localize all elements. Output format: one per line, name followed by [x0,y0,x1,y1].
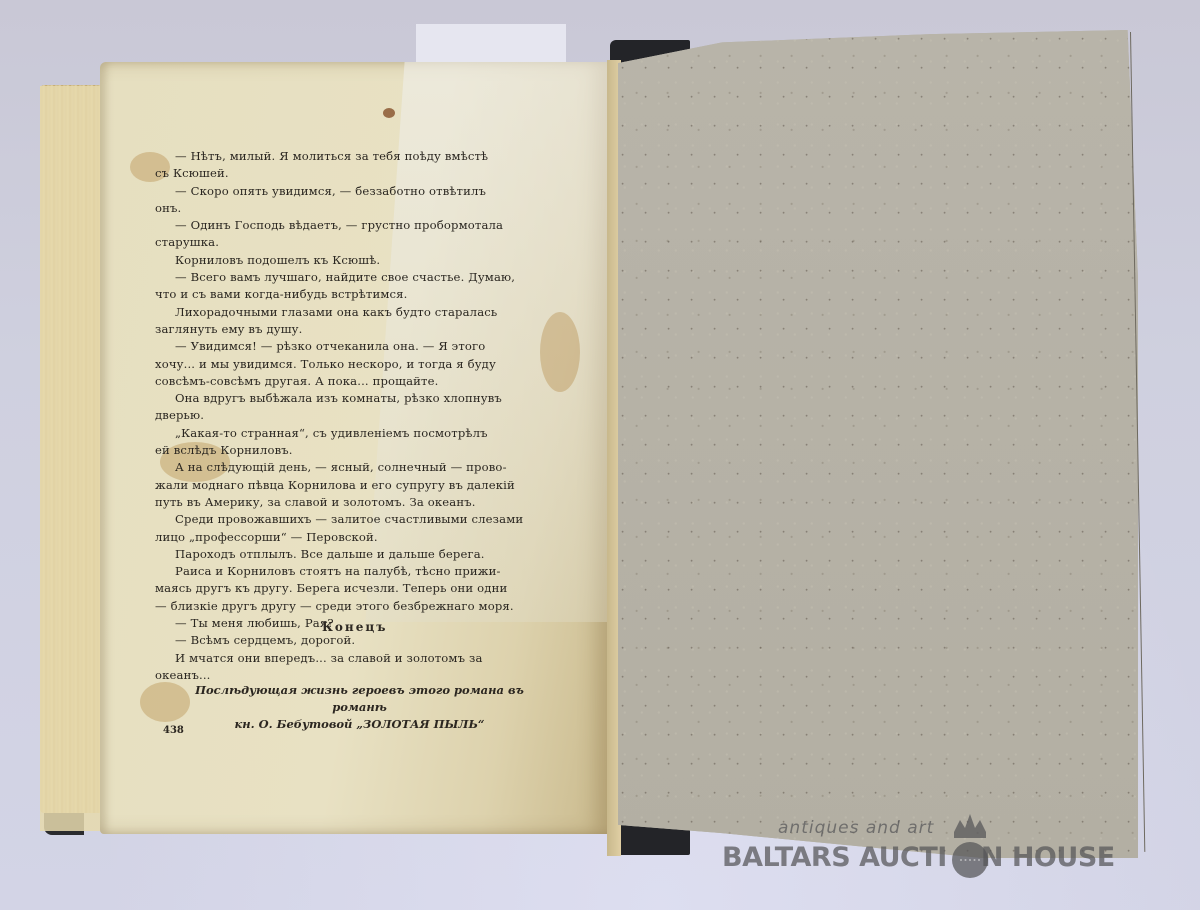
text-line: Она вдругъ выбѣжала изъ комнаты, рѣзко х… [155,390,550,407]
text-line: И мчатся они впередъ... за славой и золо… [155,650,550,667]
text-line: — Увидимся! — рѣзко отчеканила она. — Я … [155,338,550,355]
page-number: 438 [163,725,184,736]
text-line: Лихорадочными глазами она какъ будто ста… [155,304,550,321]
left-page: — Нѣтъ, милый. Я молиться за тебя поѣду … [100,62,610,834]
text-line: — Всѣмъ сердцемъ, дорогой. [155,632,550,649]
text-line: — близкіе другъ другу — среди этого безб… [155,598,550,615]
watermark-tagline: antiques and art [778,818,934,838]
text-line: совсѣмъ-совсѣмъ другая. А пока... прощай… [155,373,550,390]
text-line: Раиса и Корниловъ стоятъ на палубѣ, тѣсн… [155,563,550,580]
auction-house-watermark: antiques and art BALTARS AUCTIN HOUSE [722,812,1122,892]
watermark-brand: BALTARS AUCTIN HOUSE [722,842,1115,873]
text-line: — Одинъ Господь вѣдаетъ, — грустно пробо… [155,217,550,234]
text-line: дверью. [155,407,550,424]
text-line: что и съ вами когда-нибудь встрѣтимся. [155,286,550,303]
body-text: — Нѣтъ, милый. Я молиться за тебя поѣду … [155,148,550,684]
text-line: ей вслѣдъ Корниловъ. [155,442,550,459]
text-line: онъ. [155,200,550,217]
text-line: маясь другъ къ другу. Берега исчезли. Те… [155,580,550,597]
text-line: хочу... и мы увидимся. Только нескоро, и… [155,356,550,373]
right-endpaper [618,30,1138,858]
text-line: — Нѣтъ, милый. Я молиться за тебя поѣду … [155,148,550,165]
text-line: старушка. [155,234,550,251]
text-line: — Всего вамъ лучшаго, найдите свое счаст… [155,269,550,286]
text-line: лицо „профессорши“ — Перовской. [155,529,550,546]
afterword-line-1: Послѣдующая жизнь героевъ этого романа в… [172,682,547,716]
endpaper-texture [618,30,1138,858]
watermark-brand-part1: BALTARS AUCTI [722,842,947,873]
end-label: Конецъ [322,620,387,634]
text-line: заглянуть ему въ душу. [155,321,550,338]
text-line: Пароходъ отплылъ. Все дальше и дальше бе… [155,546,550,563]
text-line: „Какая-то странная“, съ удивленіемъ посм… [155,425,550,442]
text-line: путь въ Америку, за славой и золотомъ. З… [155,494,550,511]
afterword-note: Послѣдующая жизнь героевъ этого романа в… [172,682,547,733]
paper-tab-strip [416,24,566,64]
text-line: Корниловъ подошелъ къ Ксюшѣ. [155,252,550,269]
text-line: съ Ксюшей. [155,165,550,182]
watermark-brand-part2: N HOUSE [981,842,1115,873]
text-line: — Скоро опять увидимся, — беззаботно отв… [155,183,550,200]
text-line: А на слѣдующій день, — ясный, солнечный … [155,459,550,476]
text-line: Среди провожавшихъ — залитое счастливыми… [155,511,550,528]
stain [383,108,395,118]
text-line: жали моднаго пѣвца Корнилова и его супру… [155,477,550,494]
afterword-line-2: кн. О. Бебутовой „ЗОЛОТАЯ ПЫЛЬ“ [172,716,547,733]
